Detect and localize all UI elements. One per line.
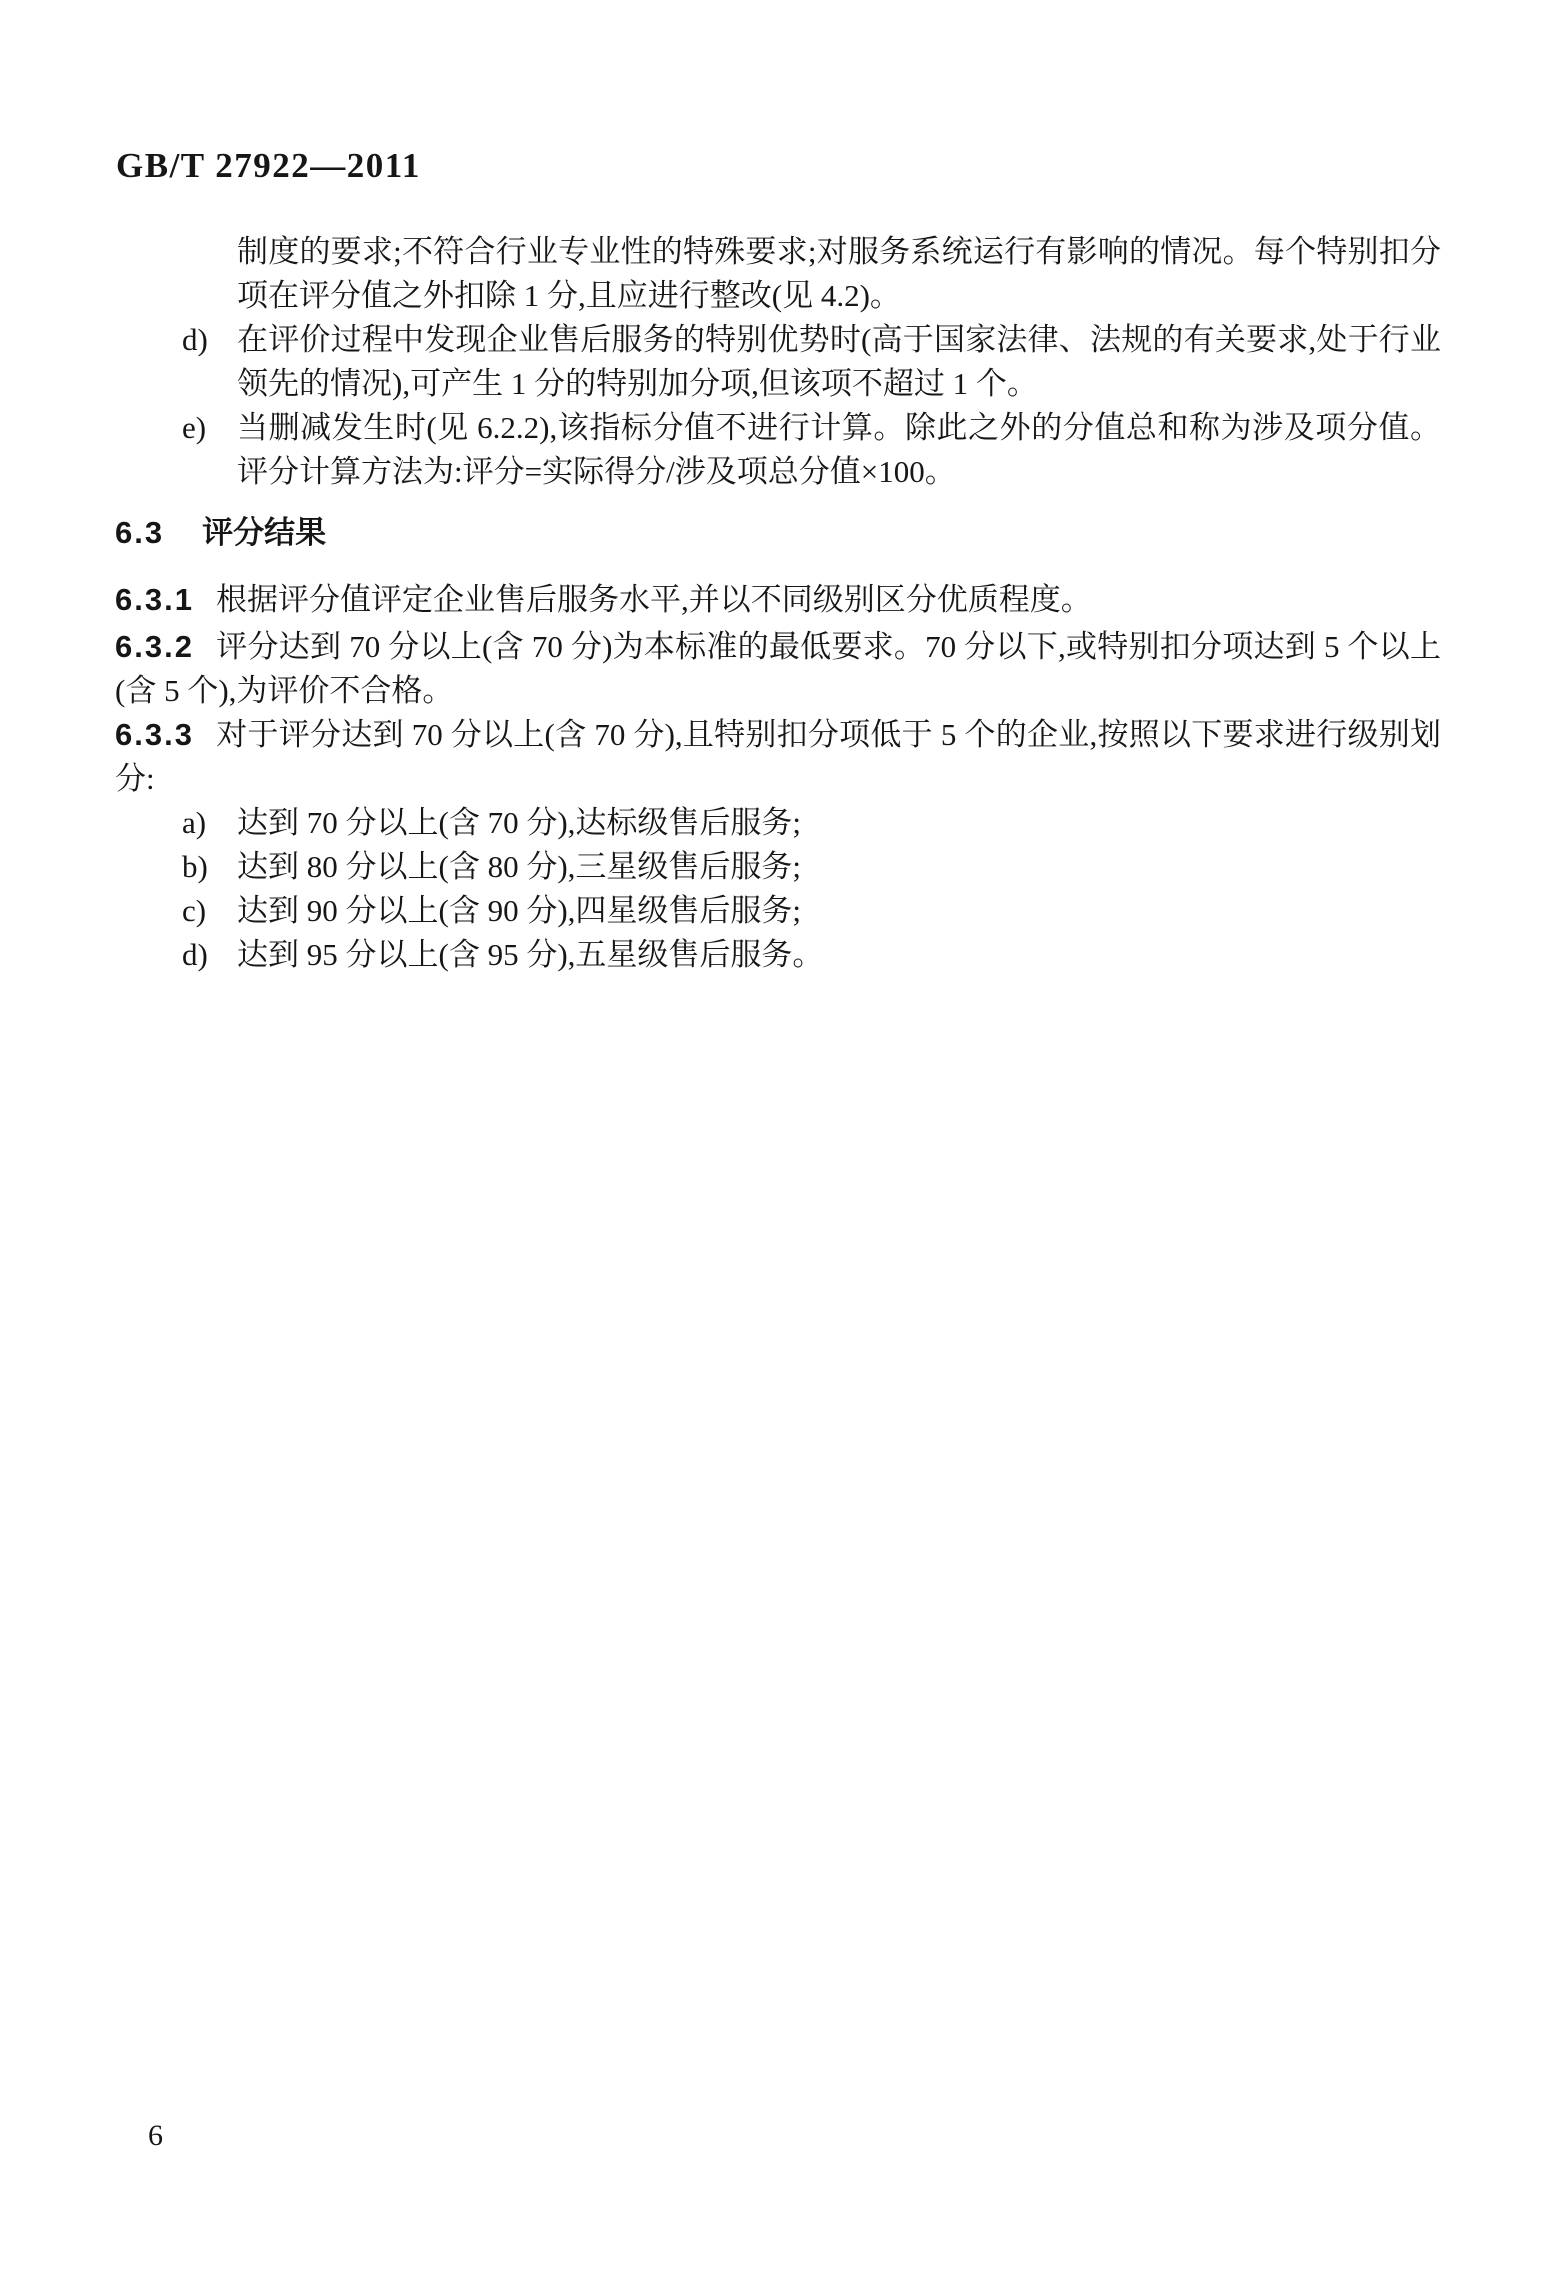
list-marker: e): [182, 406, 237, 494]
list-item-text: 当删减发生时(见 6.2.2),该指标分值不进行计算。除此之外的分值总和称为涉及…: [237, 406, 1441, 494]
list-item-text: 达到 95 分以上(含 95 分),五星级售后服务。: [237, 933, 1441, 977]
page-number: 6: [148, 2114, 163, 2158]
section-title: 评分结果: [202, 515, 326, 550]
clause-number: 6.3.1: [115, 582, 194, 617]
page-content: 制度的要求;不符合行业专业性的特殊要求;对服务系统运行有影响的情况。每个特别扣分…: [115, 230, 1441, 977]
list-marker: d): [182, 318, 237, 406]
section-number: 6.3: [115, 515, 164, 550]
list-item-text: 在评价过程中发现企业售后服务的特别优势时(高于国家法律、法规的有关要求,处于行业…: [237, 318, 1441, 406]
list-item-d: d) 在评价过程中发现企业售后服务的特别优势时(高于国家法律、法规的有关要求,处…: [115, 318, 1441, 406]
clause-number: 6.3.3: [115, 717, 194, 752]
list-item-text: 达到 90 分以上(含 90 分),四星级售后服务;: [237, 889, 1441, 933]
clause-6-3-2: 6.3.2评分达到 70 分以上(含 70 分)为本标准的最低要求。70 分以下…: [115, 625, 1441, 713]
clause-6-3-1: 6.3.1根据评分值评定企业售后服务水平,并以不同级别区分优质程度。: [115, 578, 1441, 622]
standard-number-header: GB/T 27922—2011: [116, 146, 421, 186]
clause-text: 根据评分值评定企业售后服务水平,并以不同级别区分优质程度。: [216, 582, 1092, 617]
list-marker: a): [182, 801, 237, 845]
grade-item-a: a) 达到 70 分以上(含 70 分),达标级售后服务;: [115, 801, 1441, 845]
clause-number: 6.3.2: [115, 629, 194, 664]
list-marker: d): [182, 933, 237, 977]
list-item-text: 达到 70 分以上(含 70 分),达标级售后服务;: [237, 801, 1441, 845]
grade-item-b: b) 达到 80 分以上(含 80 分),三星级售后服务;: [115, 845, 1441, 889]
list-item-text: 达到 80 分以上(含 80 分),三星级售后服务;: [237, 845, 1441, 889]
list-item-e: e) 当删减发生时(见 6.2.2),该指标分值不进行计算。除此之外的分值总和称…: [115, 406, 1441, 494]
grade-item-d: d) 达到 95 分以上(含 95 分),五星级售后服务。: [115, 933, 1441, 977]
grade-item-c: c) 达到 90 分以上(含 90 分),四星级售后服务;: [115, 889, 1441, 933]
continuation-paragraph: 制度的要求;不符合行业专业性的特殊要求;对服务系统运行有影响的情况。每个特别扣分…: [237, 230, 1441, 318]
section-heading-6-3: 6.3评分结果: [115, 511, 1441, 555]
list-marker: b): [182, 845, 237, 889]
clause-text: 对于评分达到 70 分以上(含 70 分),且特别扣分项低于 5 个的企业,按照…: [115, 717, 1441, 796]
clause-text: 评分达到 70 分以上(含 70 分)为本标准的最低要求。70 分以下,或特别扣…: [115, 629, 1441, 708]
list-marker: c): [182, 889, 237, 933]
clause-6-3-3: 6.3.3对于评分达到 70 分以上(含 70 分),且特别扣分项低于 5 个的…: [115, 713, 1441, 801]
document-page: GB/T 27922—2011 制度的要求;不符合行业专业性的特殊要求;对服务系…: [0, 0, 1555, 2281]
